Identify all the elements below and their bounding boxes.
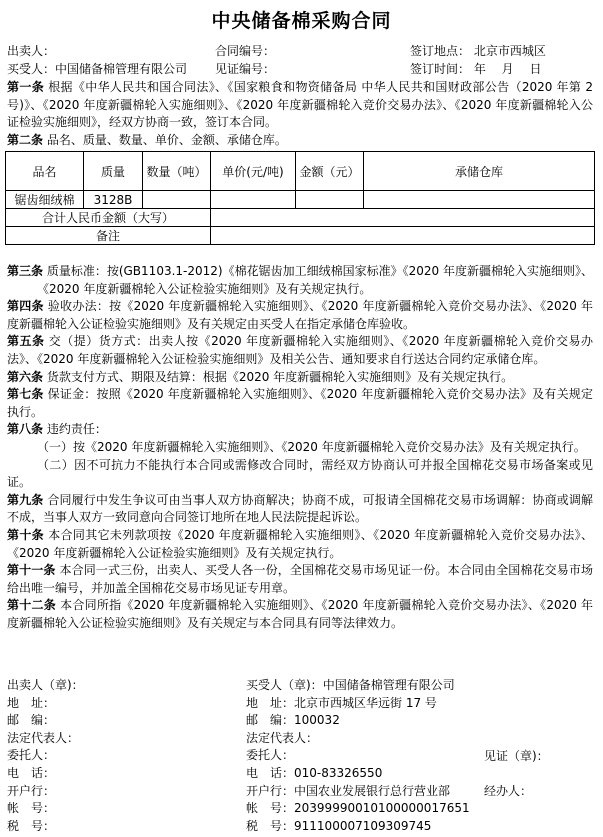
clause-11-number: 第十一条	[7, 563, 56, 577]
buyer-account: 帐 号：20399990010100000017651	[246, 800, 470, 818]
buyer-signature-block: 买受人（章)：中国储备棉管理有限公司 地 址：北京市西城区华远街 17 号 邮 …	[246, 677, 470, 835]
clause-9: 第九条 合同履行中发生争议可由当事人双方协商解决；协商不成，可报请全国棉花交易市…	[7, 492, 593, 527]
witness-no-label: 见证编号：	[215, 62, 275, 76]
seller-signature-block: 出卖人（章)： 地 址： 邮 编： 法定代表人： 委托人： 电 话： 开户行： …	[7, 677, 84, 835]
seller-seal-label: 出卖人（章)：	[7, 678, 84, 692]
cell-quality: 3128B	[84, 191, 143, 209]
cell-quantity	[143, 191, 211, 209]
clause-12-number: 第十二条	[7, 598, 56, 612]
remark-row: 备注	[6, 227, 595, 245]
clause-10-number: 第十条	[7, 528, 44, 542]
clause-1: 第一条 根据《中华人民共和国合同法》、《国家粮食和物资储备局 中华人民共和国财政…	[7, 79, 593, 132]
col-header-amount: 金额（元）	[296, 152, 364, 191]
seller-agent: 委托人：	[7, 747, 84, 765]
buyer-legal-rep-label: 法定代表人：	[246, 731, 318, 745]
clause-8-number: 第八条	[7, 422, 43, 436]
seller-phone-label: 电 话：	[7, 766, 55, 780]
clause-12: 第十二条 本合同所指《2020 年度新疆棉轮入实施细则》、《2020 年度新疆棉…	[7, 597, 593, 632]
clause-8-text: 违约责任：	[43, 422, 107, 436]
buyer-tax: 税 号：911100007109309745	[246, 818, 470, 836]
buyer-bank: 开户行：中国农业发展银行总行营业部	[246, 783, 470, 801]
col-header-quantity: 数量（吨）	[143, 152, 211, 191]
clauses-top: 第一条 根据《中华人民共和国合同法》、《国家粮食和物资储备局 中华人民共和国财政…	[7, 79, 593, 149]
contract-no-label: 合同编号：	[215, 44, 275, 58]
seller-address-label: 地 址：	[7, 696, 55, 710]
clause-4-number: 第四条	[7, 299, 44, 313]
buyer-postcode-value: 100032	[294, 713, 340, 727]
buyer-seal: 买受人（章)：中国储备棉管理有限公司	[246, 677, 470, 695]
remark-label: 备注	[6, 227, 211, 245]
contract-no-field: 合同编号：	[215, 43, 275, 60]
buyer-agent-label: 委托人：	[246, 748, 294, 762]
seller-tax-label: 税 号：	[7, 819, 55, 833]
buyer-account-label: 帐 号：	[246, 801, 294, 815]
buyer-phone: 电 话：010-83326550	[246, 765, 470, 783]
clause-4-text: 验收办法：按《2020 年度新疆棉轮入实施细则》、《2020 年度新疆棉轮入竞价…	[7, 299, 593, 331]
buyer-seal-value: 中国储备棉管理有限公司	[323, 678, 455, 692]
seller-account-label: 帐 号：	[7, 801, 55, 815]
cell-amount	[296, 191, 364, 209]
buyer-seal-label: 买受人（章)：	[246, 678, 323, 692]
clause-5-number: 第五条	[7, 334, 44, 348]
buyer-value: 中国储备棉管理有限公司	[55, 62, 187, 76]
clause-7-number: 第七条	[7, 387, 44, 401]
buyer-legal-rep: 法定代表人：	[246, 730, 470, 748]
clause-4: 第四条 验收办法：按《2020 年度新疆棉轮入实施细则》、《2020 年度新疆棉…	[7, 298, 593, 333]
clause-2-text: 品名、质量、数量、单价、金额、承储仓库。	[43, 133, 287, 147]
buyer-bank-label: 开户行：	[246, 784, 294, 798]
buyer-postcode-label: 邮 编：	[246, 713, 294, 727]
witness-no-field: 见证编号：	[215, 61, 275, 78]
contract-title: 中央储备棉采购合同	[0, 6, 603, 33]
seller-field: 出卖人：	[7, 43, 55, 60]
clause-2: 第二条 品名、质量、数量、单价、金额、承储仓库。	[7, 132, 593, 150]
seller-seal: 出卖人（章)：	[7, 677, 84, 695]
cell-unit-price	[211, 191, 296, 209]
seller-address: 地 址：	[7, 695, 84, 713]
sign-place-field: 签订地点： 北京市西城区	[410, 43, 546, 60]
col-header-quality: 质量	[84, 152, 143, 191]
seller-bank-label: 开户行：	[7, 784, 55, 798]
cell-warehouse	[364, 191, 595, 209]
seller-legal-rep: 法定代表人：	[7, 730, 84, 748]
buyer-postcode: 邮 编：100032	[246, 712, 470, 730]
col-header-name: 品名	[6, 152, 84, 191]
sign-place-value: 北京市西城区	[474, 44, 546, 58]
clause-11: 第十一条 本合同一式三份，出卖人、买受人各一份，全国棉花交易市场见证一份。本合同…	[7, 562, 593, 597]
seller-tax: 税 号：	[7, 818, 84, 836]
clause-3: 第三条 质量标准：按(GB1103.1-2012)《棉花锯齿加工细绒棉国家标准》…	[7, 263, 593, 281]
clause-7-text: 保证金：按照《2020 年度新疆棉轮入实施细则》、《2020 年度新疆棉轮入竞价…	[7, 387, 593, 419]
clause-6-number: 第六条	[7, 370, 43, 384]
sign-time-field: 签订时间： 年 月 日	[410, 61, 541, 78]
buyer-tax-label: 税 号：	[246, 819, 294, 833]
clause-5-text: 交（提）货方式：出卖人按《2020 年度新疆棉轮入实施细则》、《2020 年度新…	[7, 334, 593, 366]
clause-1-text: 根据《中华人民共和国合同法》、《国家粮食和物资储备局 中华人民共和国财政部公告（…	[7, 80, 593, 129]
clause-2-number: 第二条	[7, 133, 43, 147]
seller-agent-label: 委托人：	[7, 748, 55, 762]
goods-table-header: 品名 质量 数量（吨） 单价(元/吨) 金额（元） 承储仓库	[6, 152, 595, 191]
clause-8: 第八条 违约责任：	[7, 421, 593, 439]
clause-6-text: 货款支付方式、期限及结算：根据《2020 年度新疆棉轮入实施细则》及有关规定执行…	[43, 370, 513, 384]
seller-postcode-label: 邮 编：	[7, 713, 55, 727]
buyer-field: 买受人：中国储备棉管理有限公司	[7, 61, 187, 78]
total-value	[211, 209, 595, 227]
clause-3-number: 第三条	[7, 264, 43, 278]
clause-9-text: 合同履行中发生争议可由当事人双方协商解决；协商不成，可报请全国棉花交易市场调解：…	[7, 493, 593, 525]
clause-11-text: 本合同一式三份，出卖人、买受人各一份，全国棉花交易市场见证一份。本合同由全国棉花…	[7, 563, 593, 595]
remark-value	[211, 227, 595, 245]
clause-3-text: 质量标准：按(GB1103.1-2012)《棉花锯齿加工细绒棉国家标准》《202…	[43, 264, 593, 278]
seller-phone: 电 话：	[7, 765, 84, 783]
buyer-account-value: 20399990010100000017651	[294, 801, 470, 815]
clauses-body: 第三条 质量标准：按(GB1103.1-2012)《棉花锯齿加工细绒棉国家标准》…	[7, 263, 593, 632]
buyer-address-value: 北京市西城区华远街 17 号	[294, 696, 437, 710]
clause-10-text: 本合同其它未列款项按《2020 年度新疆棉轮入实施细则》、《2020 年度新疆棉…	[7, 528, 593, 560]
buyer-phone-value: 010-83326550	[294, 766, 382, 780]
clause-8-item-2: （二）因不可抗力不能执行本合同或需修改合同时，需经双方协商认可并报全国棉花交易市…	[7, 457, 593, 492]
buyer-bank-value: 中国农业发展银行总行营业部	[294, 784, 450, 798]
buyer-address-label: 地 址：	[246, 696, 294, 710]
total-row: 合计人民币金额（大写）	[6, 209, 595, 227]
seller-label: 出卖人：	[7, 44, 55, 58]
clause-3-text-2: 《2020 年度新疆棉轮入公证检验实施细则》及有关规定执行。	[37, 282, 371, 296]
cell-name: 锯齿细绒棉	[6, 191, 84, 209]
clause-10: 第十条 本合同其它未列款项按《2020 年度新疆棉轮入实施细则》、《2020 年…	[7, 527, 593, 562]
clause-9-number: 第九条	[7, 493, 43, 507]
buyer-label: 买受人：	[7, 62, 55, 76]
clause-6: 第六条 货款支付方式、期限及结算：根据《2020 年度新疆棉轮入实施细则》及有关…	[7, 369, 593, 387]
buyer-tax-value: 911100007109309745	[294, 819, 431, 833]
col-header-warehouse: 承储仓库	[364, 152, 595, 191]
seller-postcode: 邮 编：	[7, 712, 84, 730]
goods-table: 品名 质量 数量（吨） 单价(元/吨) 金额（元） 承储仓库 锯齿细绒棉 312…	[5, 151, 595, 245]
table-row: 锯齿细绒棉 3128B	[6, 191, 595, 209]
witness-seal-label: 见证（章)：	[484, 748, 549, 766]
clause-8-item-1: （一）按《2020 年度新疆棉轮入实施细则》、《2020 年度新疆棉轮入竞价交易…	[7, 439, 593, 457]
clause-5: 第五条 交（提）货方式：出卖人按《2020 年度新疆棉轮入实施细则》、《2020…	[7, 333, 593, 368]
total-label: 合计人民币金额（大写）	[6, 209, 211, 227]
clause-12-text: 本合同所指《2020 年度新疆棉轮入实施细则》、《2020 年度新疆棉轮入竞价交…	[7, 598, 593, 630]
clause-7: 第七条 保证金：按照《2020 年度新疆棉轮入实施细则》、《2020 年度新疆棉…	[7, 386, 593, 421]
sign-time-value: 年 月 日	[474, 62, 542, 76]
witness-handler-label: 经办人：	[484, 783, 532, 801]
seller-bank: 开户行：	[7, 783, 84, 801]
clause-1-number: 第一条	[7, 80, 44, 94]
sign-place-label: 签订地点：	[410, 44, 470, 58]
buyer-phone-label: 电 话：	[246, 766, 294, 780]
col-header-unit-price: 单价(元/吨)	[211, 152, 296, 191]
seller-legal-rep-label: 法定代表人：	[7, 731, 79, 745]
sign-time-label: 签订时间：	[410, 62, 470, 76]
seller-account: 帐 号：	[7, 800, 84, 818]
buyer-agent: 委托人：	[246, 747, 470, 765]
buyer-address: 地 址：北京市西城区华远街 17 号	[246, 695, 470, 713]
clause-3-continued: 《2020 年度新疆棉轮入公证检验实施细则》及有关规定执行。	[7, 281, 593, 299]
